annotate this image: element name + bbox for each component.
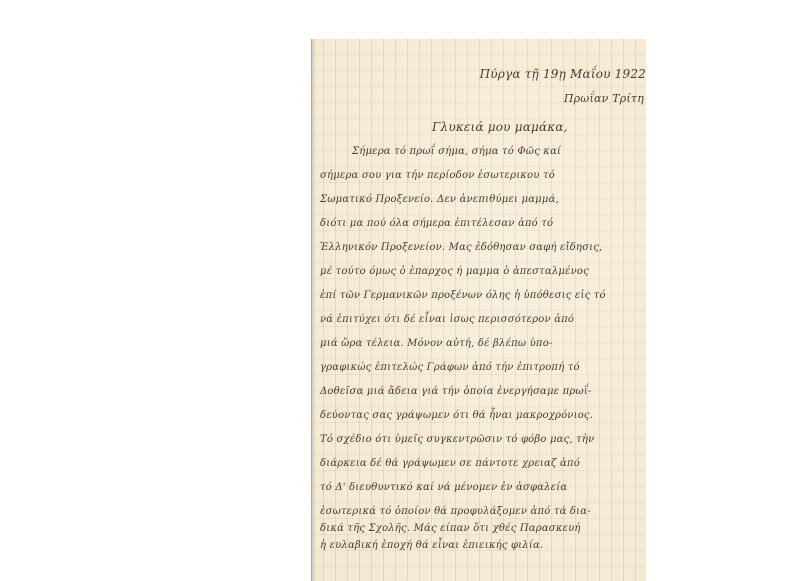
body-line: Σήμερα τό πρωΐ σήμα, σήμα τό Φῶς καί — [352, 146, 561, 157]
body-line: Ἑλληνικόν Προξενείον. Μας ἐδόθησαν σαφή … — [320, 242, 602, 253]
letter-weekday: Πρωΐαν Τρίτη — [564, 92, 644, 105]
body-line: σήμερα σου για τήν περίοδον ἐσωτερικου τ… — [320, 170, 555, 181]
body-line: μέ τούτο όμως ὁ ἐπαρχος ή μαμμα ὁ ἀπεστα… — [320, 266, 589, 277]
letter-place-date: Πύργα τῇ 19ῃ Μαΐου 1922 — [480, 67, 646, 81]
body-line: δεύοντας σας γράψωμεν ότι θά ἦναι μακροχ… — [320, 410, 593, 421]
letter-salutation-text: Γλυκειά μου μαμάκα, — [432, 120, 568, 134]
body-line: ἐπί τῶν Γερμανικῶν προξένων όλης ἡ ὑπόθε… — [320, 290, 606, 301]
body-line: ἐσωτερικά τό ὁποίον θά προφυλάξομεν ἀπό … — [320, 506, 591, 517]
body-line: γραφικώς ἐπιτελώς Γράφων ἀπό τήν ἐπιτροπ… — [320, 362, 580, 373]
body-line: μιά ὥρα τέλεια. Μόνον αὐτή, δέ βλέπω ὑπο… — [320, 338, 553, 349]
body-line: νά ἐπιτύχει ότι δέ εἶναι ἰσως περισσότερ… — [320, 314, 574, 325]
body-line: Τό σχέδιο ότι ὑμεῖς συγκεντρῶσιν τό φόβο… — [320, 434, 594, 445]
body-line: τό Δ' διευθυντικό καί νά μένομεν ἐν ἀσφα… — [320, 482, 567, 493]
body-line: δικά τῆς Σχολῆς. Μάς είπαν ὅτι χθές Παρα… — [320, 523, 581, 534]
body-line: ἡ ευλαβική ἐποχή θά εἶναι ἐπιεικής φιλία… — [320, 540, 543, 551]
body-line: Σωματικό Προξενείο. Δεν ἀνεπιθύμει μαμμά… — [320, 194, 559, 205]
body-line: διάρκεια δέ θά γράψωμεν σε πάντοτε χρεια… — [320, 458, 580, 469]
body-line: διότι μα πού όλα σήμερα ἐπιτέλεσαν ἀπό τ… — [320, 218, 553, 229]
body-line: Δοθεῖσα μιά ἄδεια γιά τήν ὁποία ἐνεργήσα… — [320, 386, 592, 397]
